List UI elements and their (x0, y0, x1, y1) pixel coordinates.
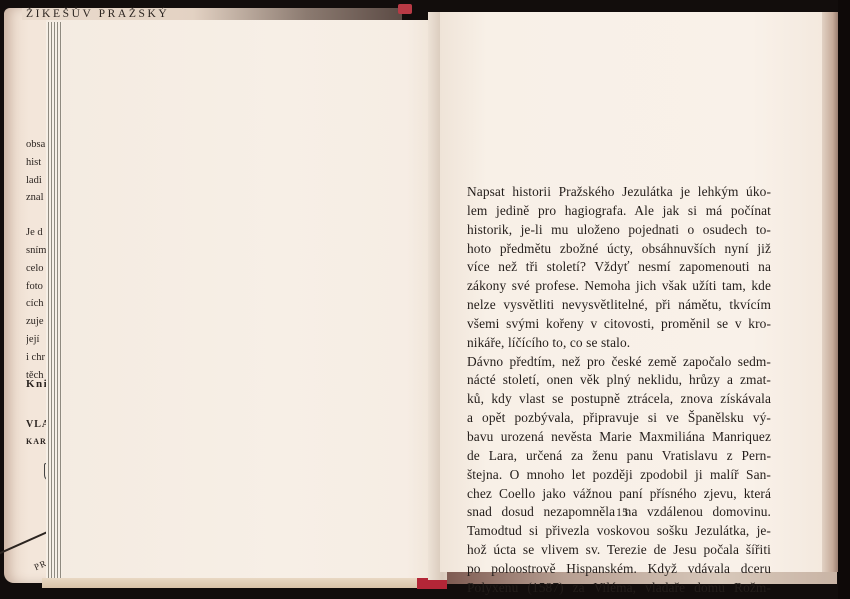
bottom-page-edge (42, 578, 417, 588)
page-body-text: Napsat historii Pražského Jezulátka je l… (467, 183, 771, 598)
text-line: de Lara, určená za ženu panu Vratislavu … (467, 447, 771, 466)
text-line: nikáře, líčícího to, co se stalo. (467, 334, 771, 353)
page-edge-stack (46, 22, 62, 584)
background-edge (838, 0, 850, 599)
text-line: zákony své profese. Nemoha jich však uží… (467, 277, 771, 296)
text-line: po poloostrově Hispanském. Když vdávala … (467, 560, 771, 579)
text-line: lem jedině pro hagiografa. Ale jak si má… (467, 202, 771, 221)
text-line: všemi svými kořeny v citovosti, proměnil… (467, 315, 771, 334)
text-line: historik, je-li mu uloženo pojednati o o… (467, 221, 771, 240)
text-line: bavu urozená nevěsta Marie Maxmiliána Ma… (467, 428, 771, 447)
text-line: nácté století, onen věk plný neklidu, hr… (467, 371, 771, 390)
text-line: Dávno předtím, než pro české země započa… (467, 353, 771, 372)
text-line: a opět pozbývala, připravuje si ve Španě… (467, 409, 771, 428)
text-line: hož úcta se vlivem sv. Terezie de Jesu p… (467, 541, 771, 560)
text-line: Polyxenu (1587) za Viléma, vladaře domu … (467, 579, 771, 598)
page-number: 15 (616, 505, 628, 520)
jacket-title: ŽIKEŠŮV PRAŽSKÝ (26, 8, 169, 20)
text-line: Tamodtud si přivezla voskovou sošku Jezu… (467, 522, 771, 541)
text-line: ků, kdy vlast se postupně ztrácela, znov… (467, 390, 771, 409)
text-line: hoto předmětu zbožné úcty, obsáhnuvších … (467, 240, 771, 259)
text-line: chez Coello jako vážnou paní přísného zj… (467, 485, 771, 504)
left-page (46, 20, 438, 585)
text-line: více než tři století? Vždyť nesmí zapome… (467, 258, 771, 277)
text-line: štejna. O mnoho let později zpodobil ji … (467, 466, 771, 485)
red-binding-top (398, 4, 412, 14)
text-line: Napsat historii Pražského Jezulátka je l… (467, 183, 771, 202)
text-line: nelze vysvětliti nevysvětlitelné, při ná… (467, 296, 771, 315)
